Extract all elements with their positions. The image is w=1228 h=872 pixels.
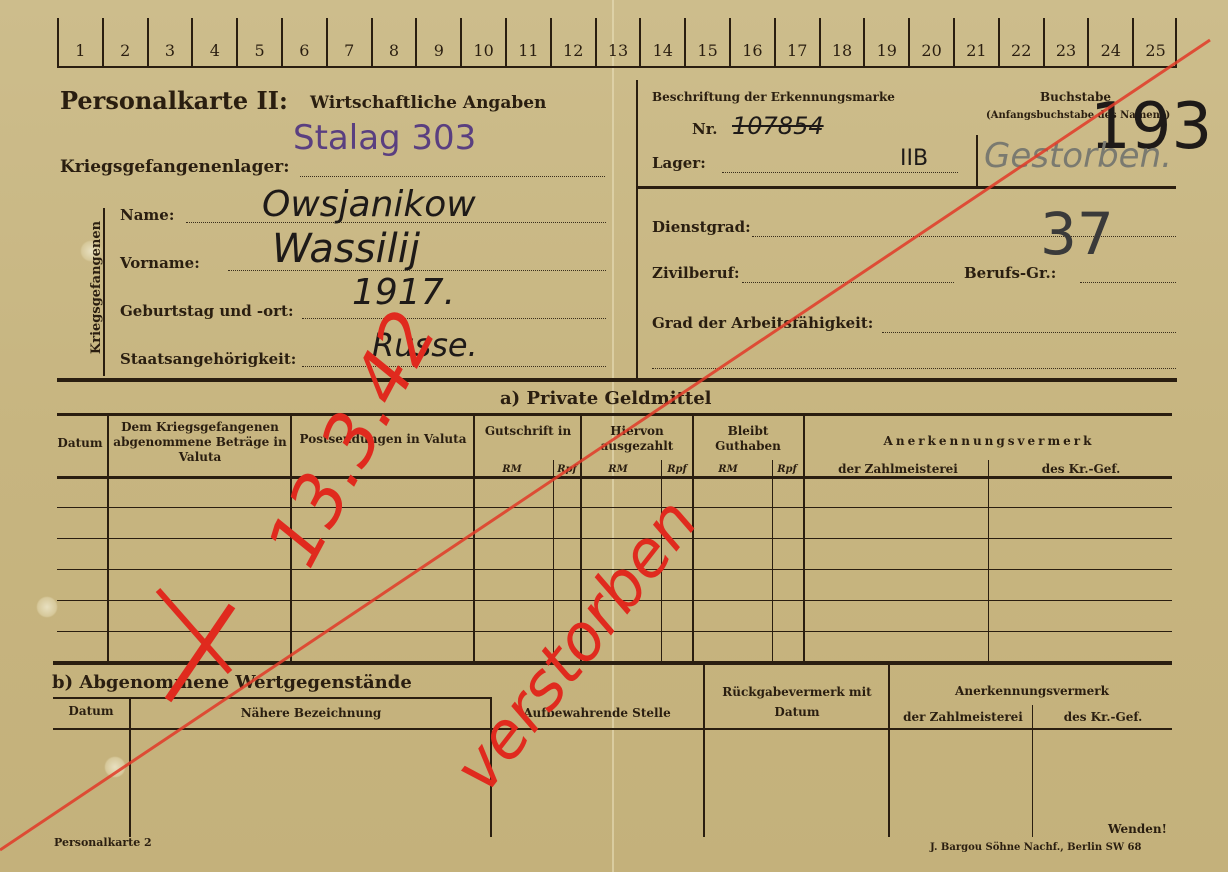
red-strike-line <box>0 0 1228 872</box>
